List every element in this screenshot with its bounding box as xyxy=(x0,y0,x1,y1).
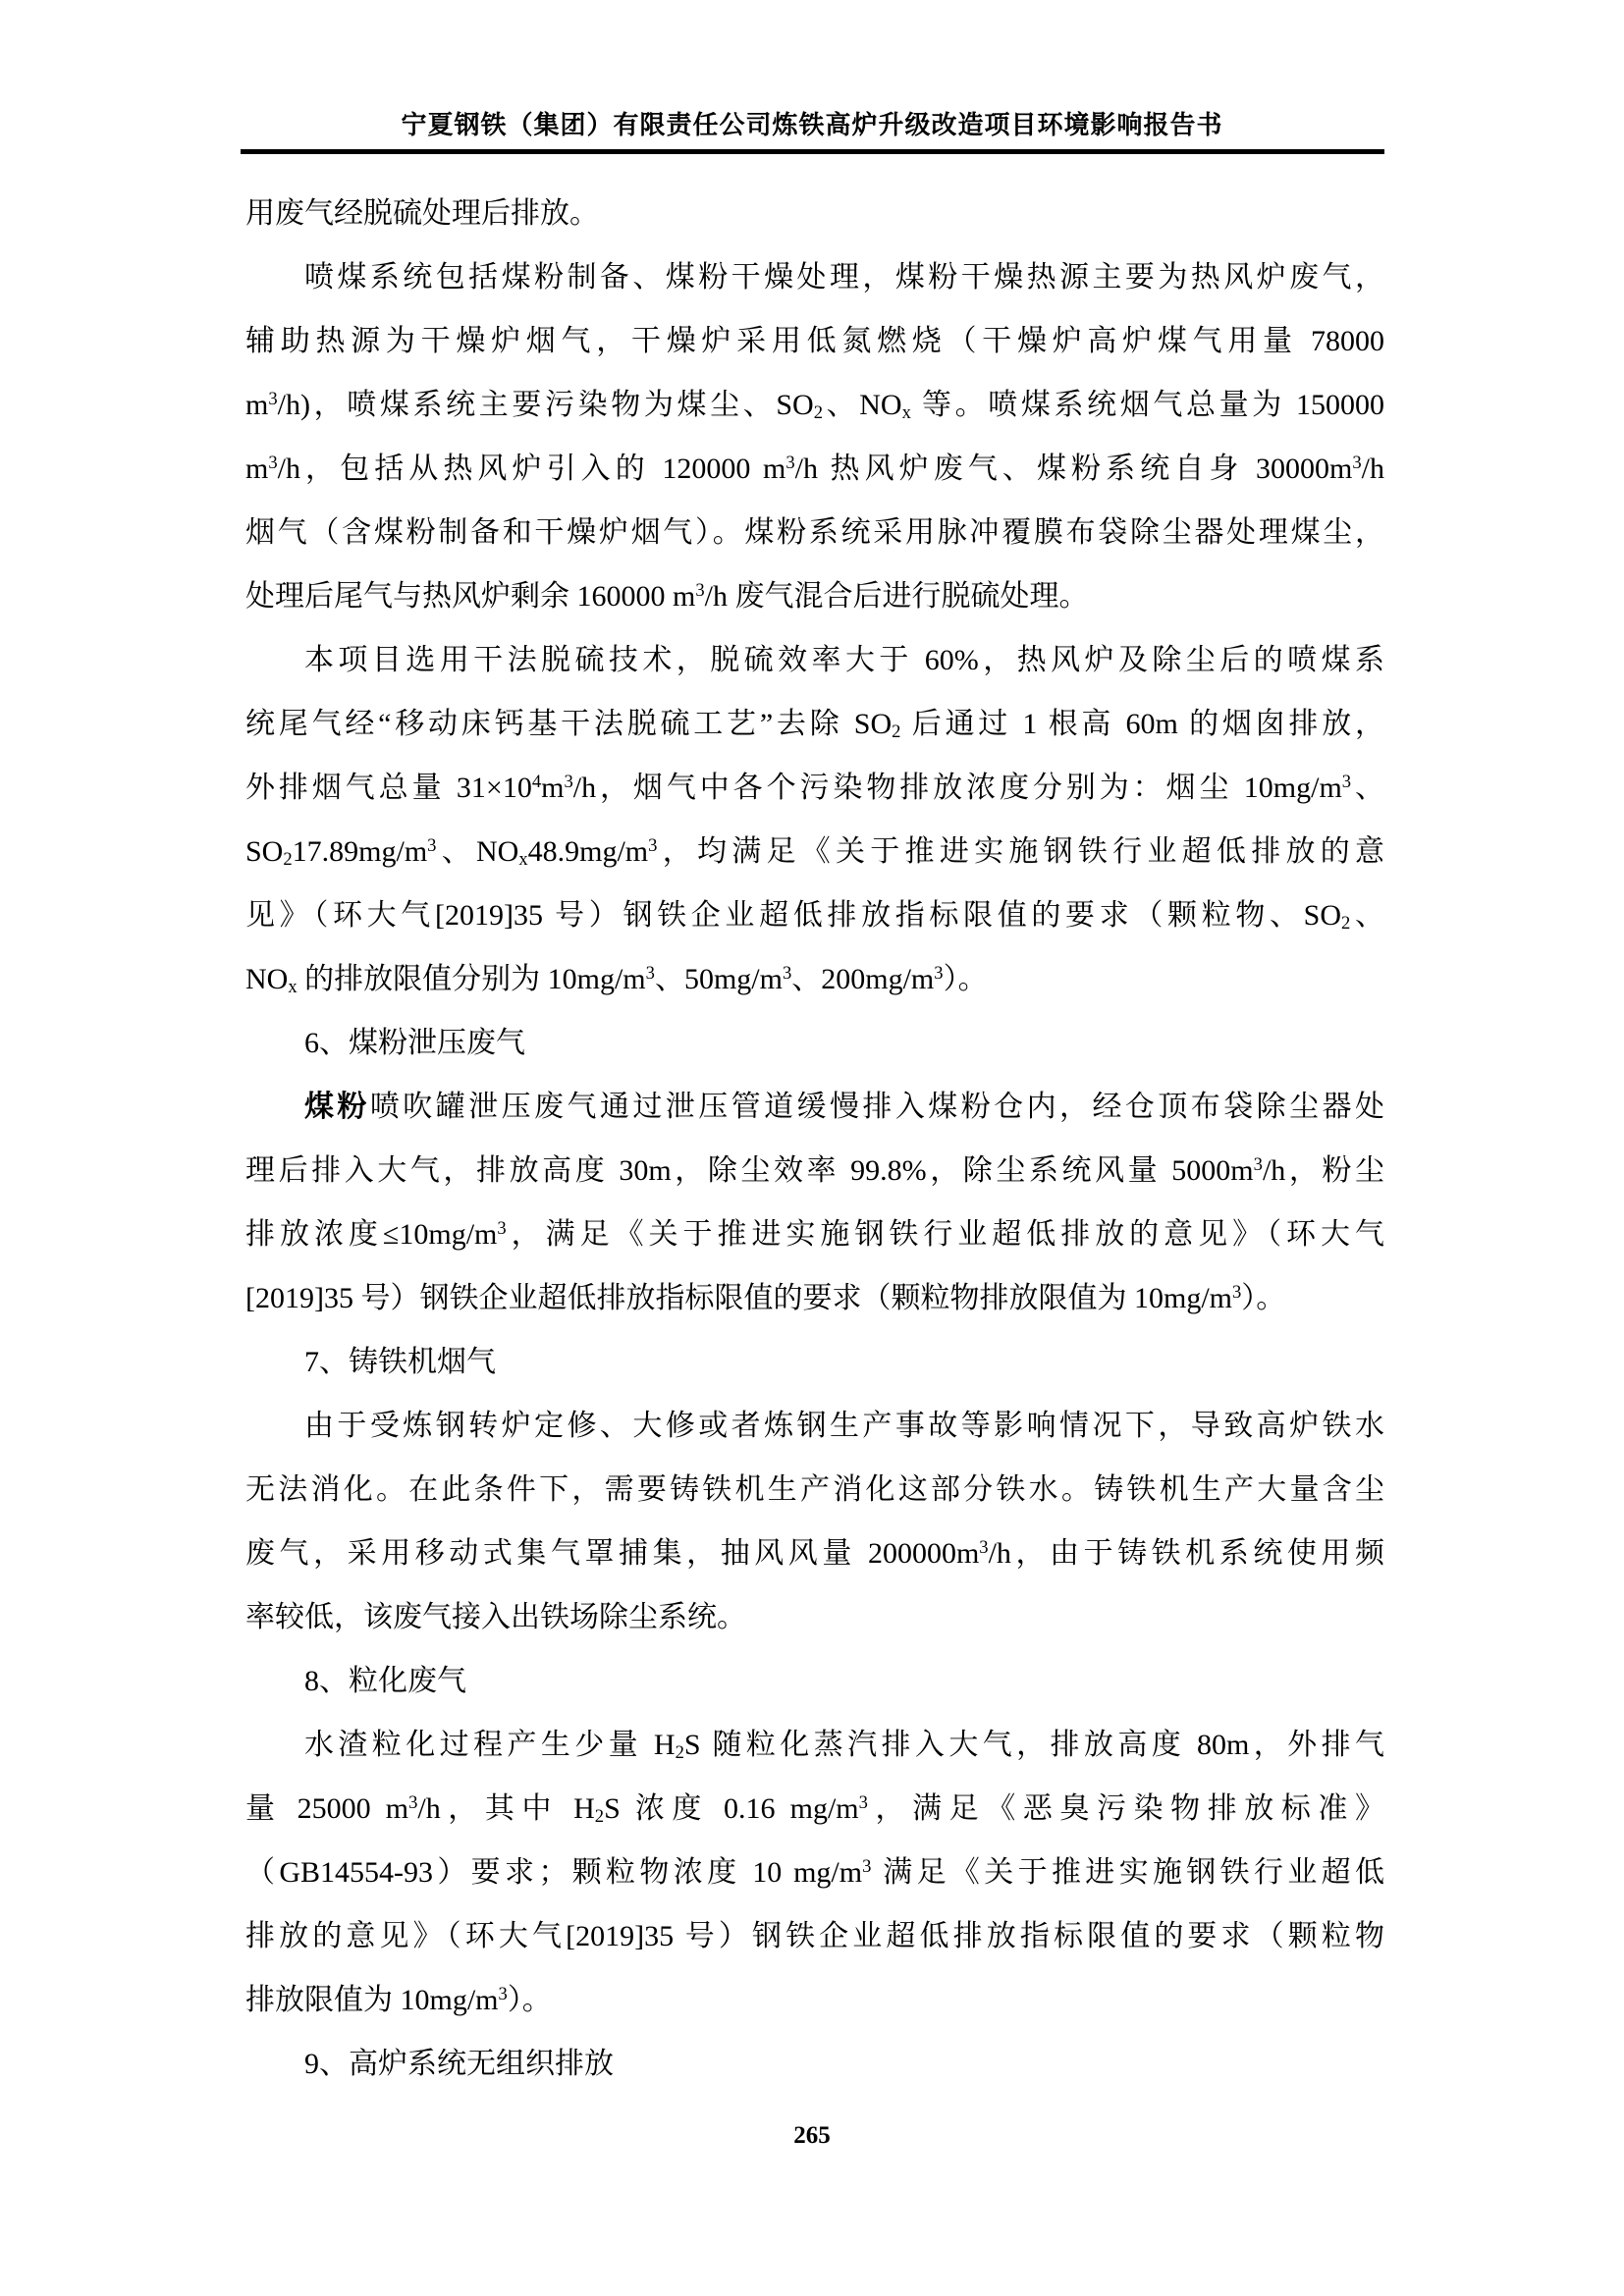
text-line: m3/h，包括从热风炉引入的 120000 m3/h 热风炉废气、煤粉系统自身 … xyxy=(245,437,1384,501)
text-line: 排放浓度≤10mg/m3，满足《关于推进实施钢铁行业超低排放的意见》（环大气 xyxy=(245,1202,1384,1266)
text-line: SO217.89mg/m3、NOx48.9mg/m3，均满足《关于推进实施钢铁行… xyxy=(245,820,1384,883)
text-line: 废气，采用移动式集气罩捕集，抽风风量 200000m3/h，由于铸铁机系统使用频 xyxy=(245,1522,1384,1585)
text-line: 率较低，该废气接入出铁场除尘系统。 xyxy=(245,1585,1384,1649)
page-number: 265 xyxy=(0,2122,1624,2150)
body-text: 用废气经脱硫处理后排放。喷煤系统包括煤粉制备、煤粉干燥处理，煤粉干燥热源主要为热… xyxy=(245,182,1384,2096)
text-line: 煤粉喷吹罐泄压废气通过泄压管道缓慢排入煤粉仓内，经仓顶布袋除尘器处 xyxy=(245,1075,1384,1139)
text-line: （GB14554-93）要求；颗粒物浓度 10 mg/m3 满足《关于推进实施钢… xyxy=(245,1841,1384,1904)
document-page: 宁夏钢铁（集团）有限责任公司炼铁高炉升级改造项目环境影响报告书 用废气经脱硫处理… xyxy=(0,0,1624,2296)
text-line: 水渣粒化过程产生少量 H2S 随粒化蒸汽排入大气，排放高度 80m，外排气 xyxy=(245,1713,1384,1777)
header-title: 宁夏钢铁（集团）有限责任公司炼铁高炉升级改造项目环境影响报告书 xyxy=(0,108,1624,141)
text-line: 7、铸铁机烟气 xyxy=(245,1330,1384,1394)
text-line: m3/h)，喷煤系统主要污染物为煤尘、SO2、NOx 等。喷煤系统烟气总量为 1… xyxy=(245,373,1384,437)
text-line: 排放限值为 10mg/m3）。 xyxy=(245,1968,1384,2032)
text-line: 由于受炼钢转炉定修、大修或者炼钢生产事故等影响情况下，导致高炉铁水 xyxy=(245,1394,1384,1458)
bold-lead: 煤粉 xyxy=(304,1091,370,1123)
text-line: 统尾气经“移动床钙基干法脱硫工艺”去除 SO2 后通过 1 根高 60m 的烟囱… xyxy=(245,692,1384,756)
text-line: 6、煤粉泄压废气 xyxy=(245,1011,1384,1075)
text-line: 外排烟气总量 31×104m3/h，烟气中各个污染物排放浓度分别为：烟尘 10m… xyxy=(245,756,1384,820)
text-line: 8、粒化废气 xyxy=(245,1649,1384,1713)
header-rule xyxy=(241,149,1384,154)
text-line: 量 25000 m3/h，其中 H2S 浓度 0.16 mg/m3，满足《恶臭污… xyxy=(245,1777,1384,1841)
text-line: 9、高炉系统无组织排放 xyxy=(245,2032,1384,2096)
text-line: 辅助热源为干燥炉烟气，干燥炉采用低氮燃烧（干燥炉高炉煤气用量 78000 xyxy=(245,309,1384,373)
text-line: 喷煤系统包括煤粉制备、煤粉干燥处理，煤粉干燥热源主要为热风炉废气， xyxy=(245,245,1384,309)
text-line: 本项目选用干法脱硫技术，脱硫效率大于 60%，热风炉及除尘后的喷煤系 xyxy=(245,628,1384,692)
text-line: 理后排入大气，排放高度 30m，除尘效率 99.8%，除尘系统风量 5000m3… xyxy=(245,1139,1384,1202)
text-line: 处理后尾气与热风炉剩余 160000 m3/h 废气混合后进行脱硫处理。 xyxy=(245,564,1384,628)
text-line: [2019]35 号）钢铁企业超低排放指标限值的要求（颗粒物排放限值为 10mg… xyxy=(245,1266,1384,1330)
text-line: NOx 的排放限值分别为 10mg/m3、50mg/m3、200mg/m3）。 xyxy=(245,947,1384,1011)
text-line: 见》（环大气[2019]35 号）钢铁企业超低排放指标限值的要求（颗粒物、SO2… xyxy=(245,883,1384,947)
text-line: 烟气（含煤粉制备和干燥炉烟气）。煤粉系统采用脉冲覆膜布袋除尘器处理煤尘， xyxy=(245,501,1384,564)
text-line: 排放的意见》（环大气[2019]35 号）钢铁企业超低排放指标限值的要求（颗粒物 xyxy=(245,1904,1384,1968)
text-line: 用废气经脱硫处理后排放。 xyxy=(245,182,1384,245)
text-line: 无法消化。在此条件下，需要铸铁机生产消化这部分铁水。铸铁机生产大量含尘 xyxy=(245,1458,1384,1522)
